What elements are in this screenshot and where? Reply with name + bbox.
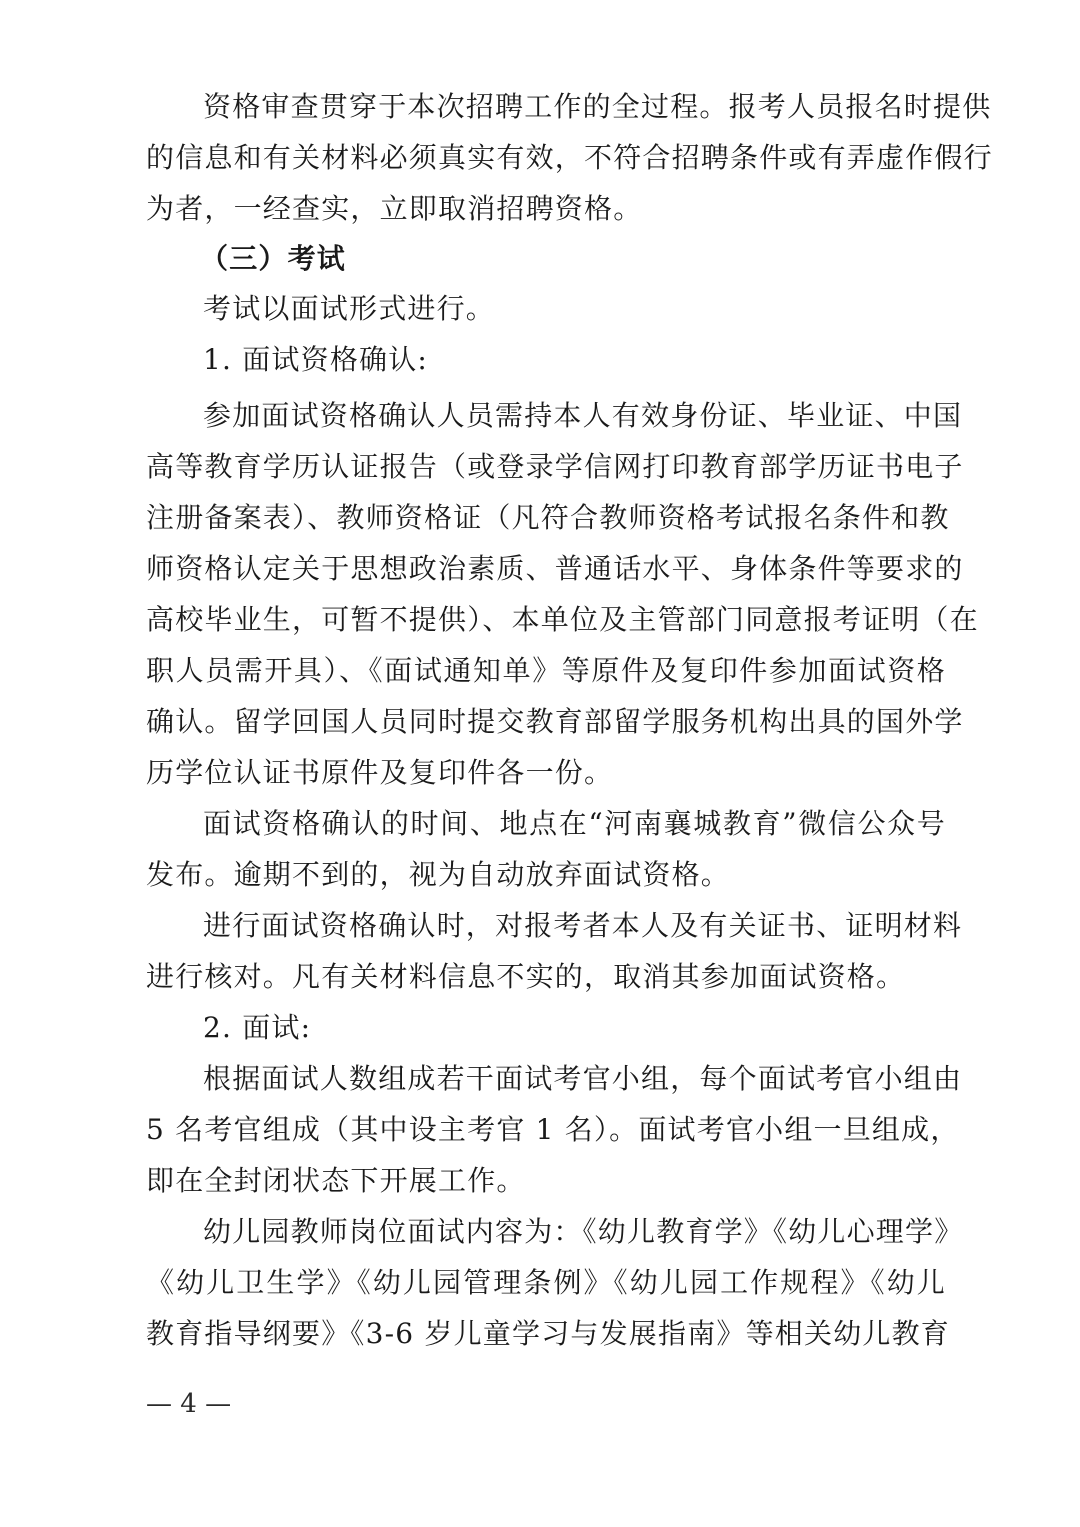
paragraph-line: 根据面试人数组成若干面试考官小组，每个面试考官小组由	[203, 1061, 946, 1097]
paragraph-line: 确认。留学回国人员同时提交教育部留学服务机构出具的国外学	[146, 704, 946, 740]
paragraph-line: 的信息和有关材料必须真实有效，不符合招聘条件或有弄虚作假行	[146, 140, 946, 176]
paragraph-line: 资格审查贯穿于本次招聘工作的全过程。报考人员报名时提供	[203, 89, 946, 125]
paragraph-line: 幼儿园教师岗位面试内容为：《幼儿教育学》《幼儿心理学》	[203, 1214, 946, 1250]
paragraph-line: 进行面试资格确认时，对报考者本人及有关证书、证明材料	[203, 908, 946, 944]
paragraph-line: 即在全封闭状态下开展工作。	[146, 1163, 946, 1199]
paragraph-line: 参加面试资格确认人员需持本人有效身份证、毕业证、中国	[203, 398, 946, 434]
paragraph-line: 面试资格确认的时间、地点在“河南襄城教育”微信公众号	[203, 806, 946, 842]
subheading: 1. 面试资格确认:	[203, 342, 946, 378]
paragraph-line: 进行核对。凡有关材料信息不实的，取消其参加面试资格。	[146, 959, 946, 995]
paragraph-line: 历学位认证书原件及复印件各一份。	[146, 755, 946, 791]
paragraph-line: 发布。逾期不到的，视为自动放弃面试资格。	[146, 857, 946, 893]
paragraph-line: 注册备案表）、教师资格证（凡符合教师资格考试报名条件和教	[146, 500, 946, 536]
paragraph-line: 教育指导纲要》《3-6 岁儿童学习与发展指南》等相关幼儿教育	[146, 1316, 946, 1352]
paragraph-line: 师资格认定关于思想政治素质、普通话水平、身体条件等要求的	[146, 551, 946, 587]
paragraph-line: 5 名考官组成（其中设主考官 1 名）。面试考官小组一旦组成，	[146, 1112, 946, 1148]
paragraph-line: 高等教育学历认证报告（或登录学信网打印教育部学历证书电子	[146, 449, 946, 485]
paragraph-line: 考试以面试形式进行。	[203, 291, 946, 327]
paragraph-line: 职人员需开具）、《面试通知单》等原件及复印件参加面试资格	[146, 653, 946, 689]
section-heading: （三）考试	[200, 241, 1000, 277]
subheading: 2. 面试:	[203, 1010, 946, 1046]
page-number: — 4 —	[146, 1388, 231, 1420]
paragraph-line: 高校毕业生，可暂不提供）、本单位及主管部门同意报考证明（在	[146, 602, 946, 638]
document-page: 资格审查贯穿于本次招聘工作的全过程。报考人员报名时提供 的信息和有关材料必须真实…	[0, 0, 1080, 1527]
paragraph-line: 为者，一经查实，立即取消招聘资格。	[146, 191, 946, 227]
paragraph-line: 《幼儿卫生学》《幼儿园管理条例》《幼儿园工作规程》《幼儿	[146, 1265, 946, 1301]
